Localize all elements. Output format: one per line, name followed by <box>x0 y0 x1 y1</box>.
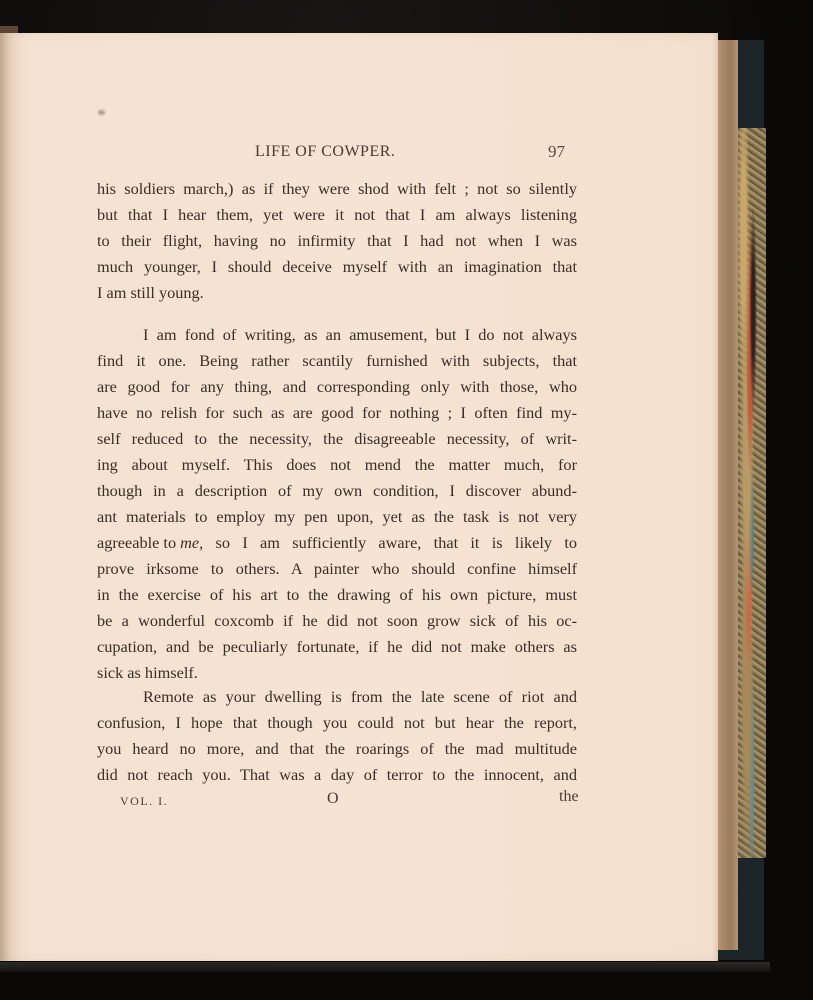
ink-smudge <box>98 110 105 115</box>
book-cover-bottom-edge <box>0 962 770 972</box>
text-line: but that I hear them, yet were it not th… <box>97 202 577 228</box>
text-line: you heard no more, and that the roarings… <box>97 736 577 762</box>
text-line: confusion, I hope that though you could … <box>97 710 577 736</box>
text-fragment: agreeable to <box>97 533 176 552</box>
catchword: the <box>559 788 579 806</box>
text-line: find it one. Being rather scantily furni… <box>97 348 577 374</box>
paragraph-3: Remote as your dwelling is from the late… <box>97 684 577 788</box>
text-line: ing about myself. This does not mend the… <box>97 452 577 478</box>
text-line: his soldiers march,) as if they were sho… <box>97 176 577 202</box>
text-line: self reduced to the necessity, the disag… <box>97 426 577 452</box>
text-line: have no relish for such as are good for … <box>97 400 577 426</box>
paragraph-1: his soldiers march,) as if they were sho… <box>97 176 577 306</box>
text-line: in the exercise of his art to the drawin… <box>97 582 577 608</box>
text-line: prove irksome to others. A painter who s… <box>97 556 577 582</box>
marbled-endpaper <box>734 128 766 858</box>
text-fragment: , so I am sufficiently aware, that it is… <box>199 530 577 556</box>
text-line: cupation, and be peculiarly fortunate, i… <box>97 634 577 660</box>
text-line: did not reach you. That was a day of ter… <box>97 762 577 788</box>
volume-signature: VOL. I. <box>120 794 168 809</box>
text-line: I am still young. <box>97 280 577 306</box>
paragraph-2: I am fond of writing, as an amusement, b… <box>97 322 577 686</box>
text-line: Remote as your dwelling is from the late… <box>97 684 577 710</box>
italic-emphasis: me <box>180 533 199 552</box>
text-line: are good for any thing, and correspondin… <box>97 374 577 400</box>
running-head: LIFE OF COWPER. <box>255 143 395 161</box>
text-line: agreeable to me, so I am sufficiently aw… <box>97 530 577 556</box>
page-number: 97 <box>548 142 565 162</box>
text-line: ant materials to employ my pen upon, yet… <box>97 504 577 530</box>
text-line: though in a description of my own condit… <box>97 478 577 504</box>
text-line: I am fond of writing, as an amusement, b… <box>97 322 577 348</box>
signature-mark: O <box>327 790 339 808</box>
text-line: sick as himself. <box>97 660 577 686</box>
text-line: to their flight, having no infirmity tha… <box>97 228 577 254</box>
text-line: be a wonderful coxcomb if he did not soo… <box>97 608 577 634</box>
text-line: much younger, I should deceive myself wi… <box>97 254 577 280</box>
